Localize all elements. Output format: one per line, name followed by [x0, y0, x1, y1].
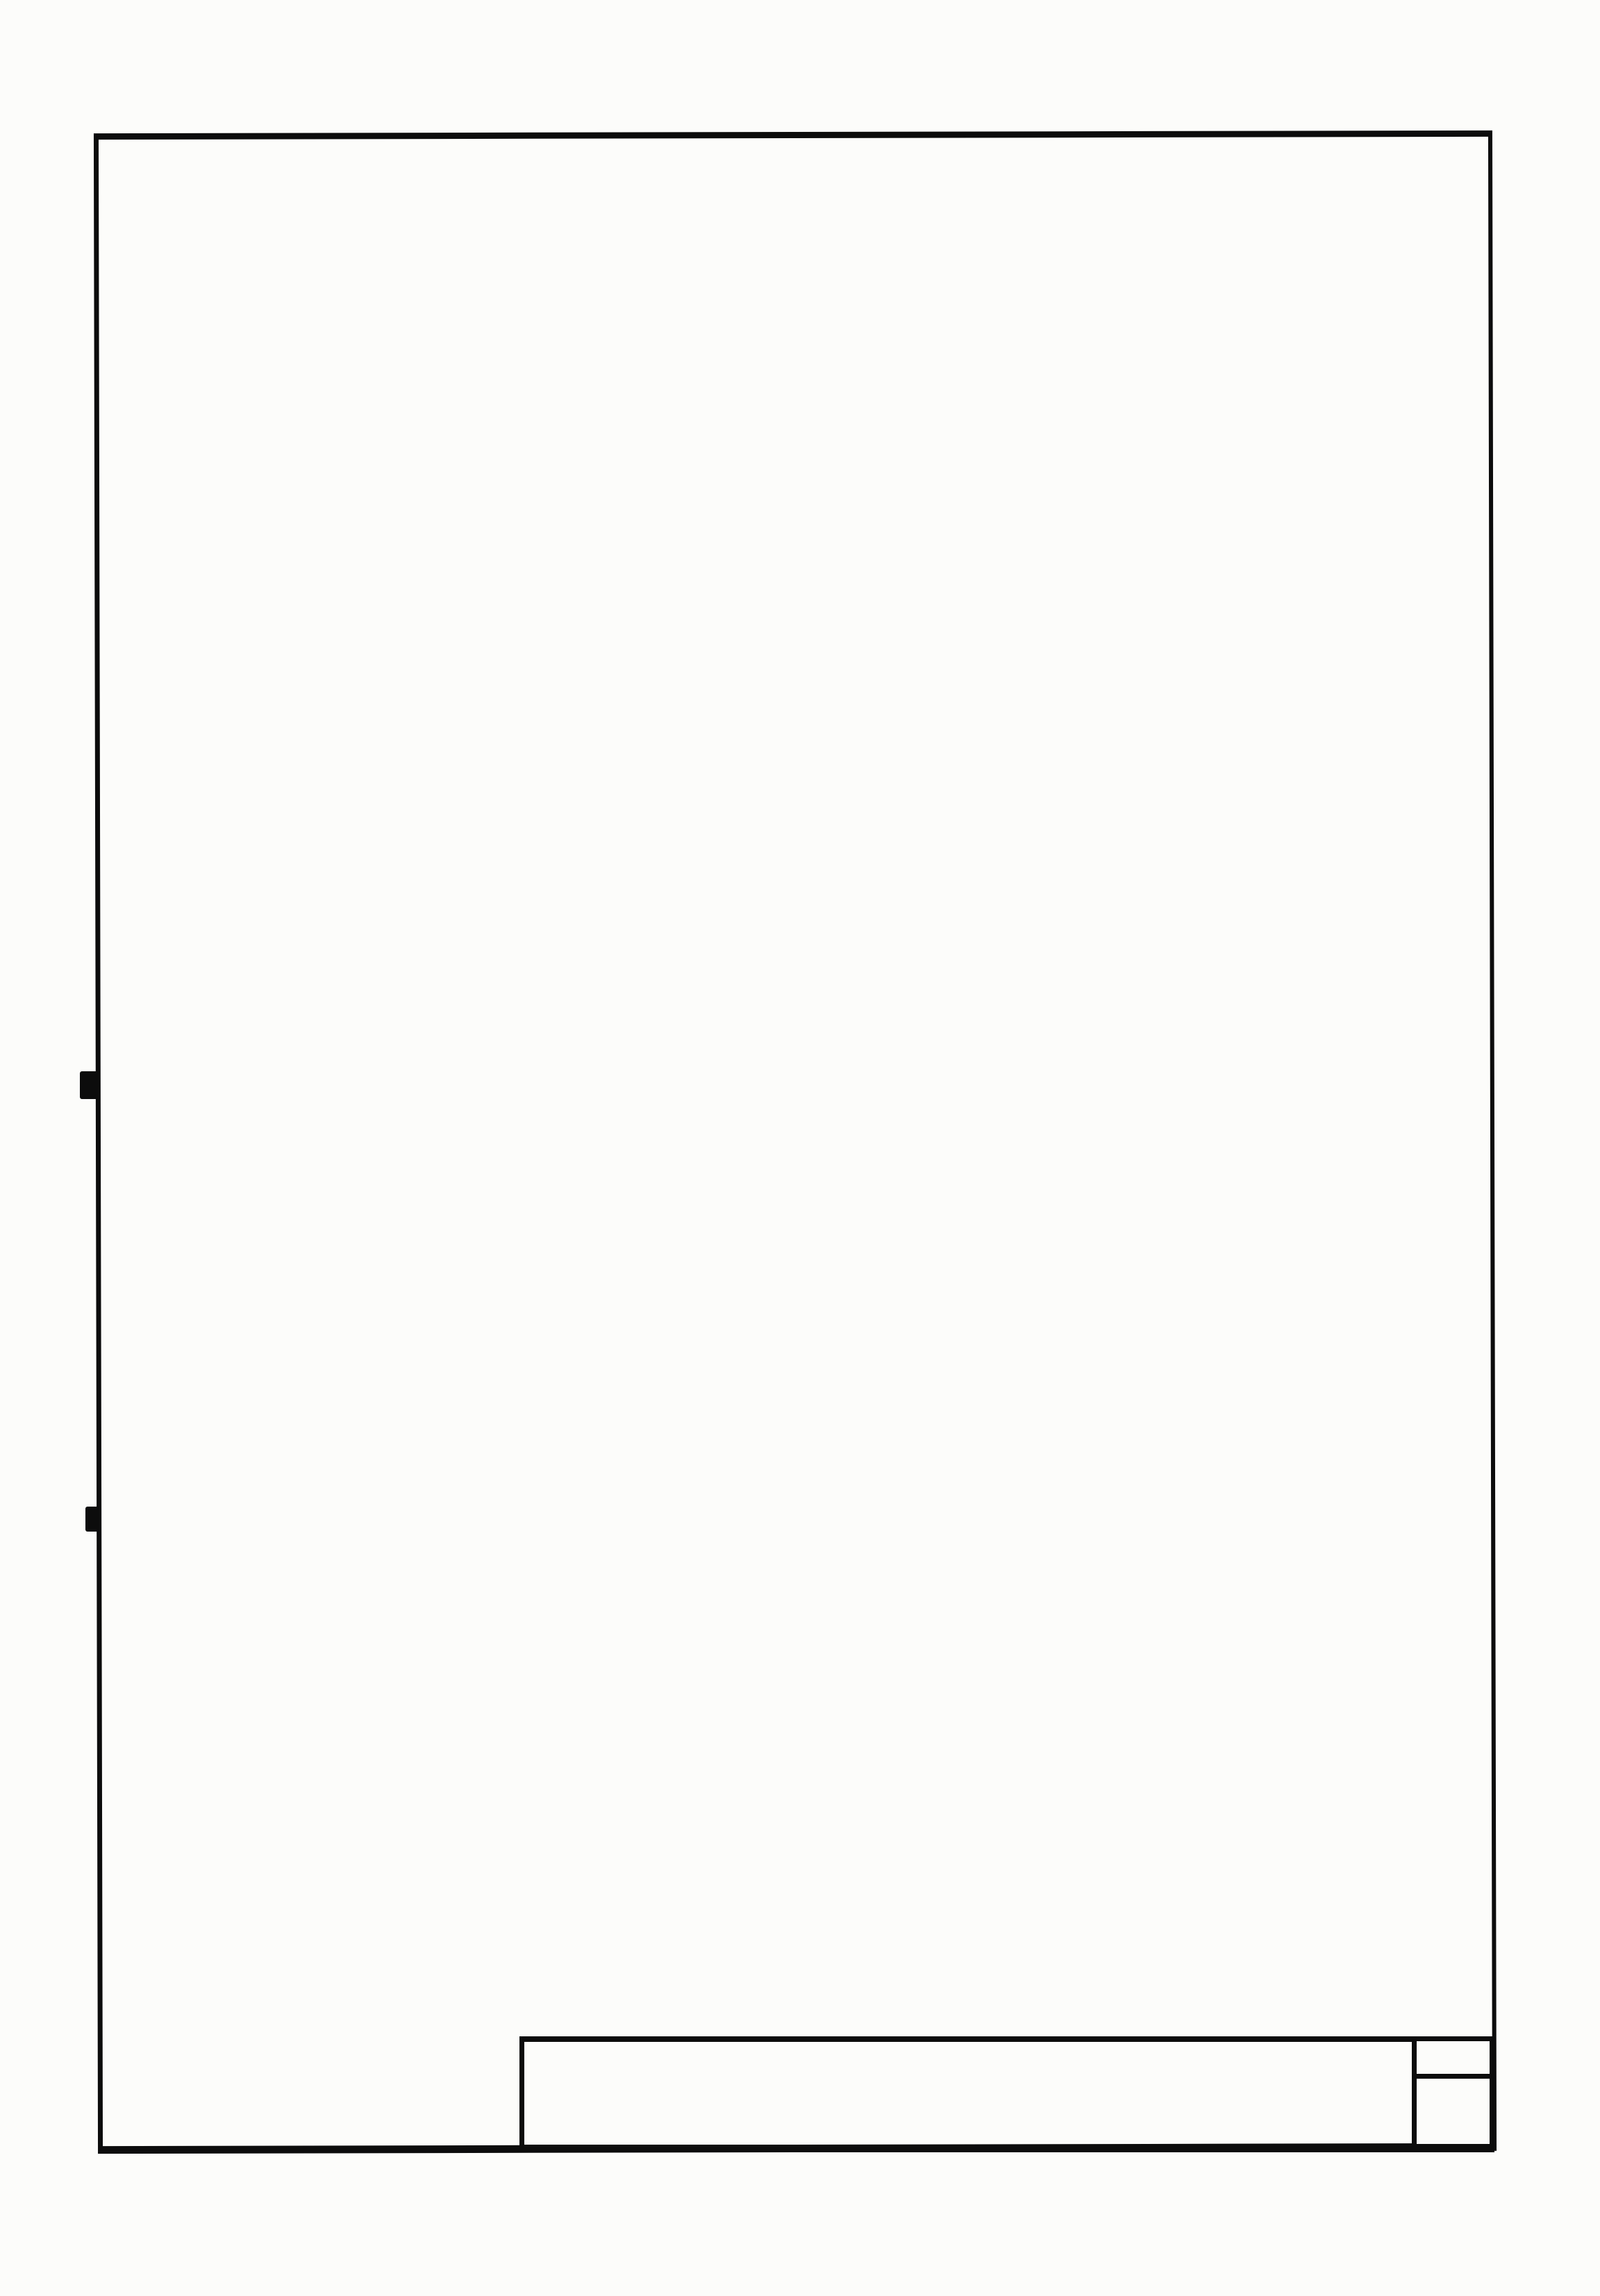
binding-mark	[80, 1071, 99, 1099]
sheet-number-box	[1412, 2036, 1494, 2149]
scanned-document-page	[0, 0, 1600, 2296]
sheet-label	[1417, 2041, 1490, 2079]
binding-mark	[85, 1507, 100, 1532]
page-border-frame	[94, 131, 1497, 2154]
sheet-number	[1417, 2079, 1490, 2144]
title-block-table	[519, 2036, 1494, 2152]
